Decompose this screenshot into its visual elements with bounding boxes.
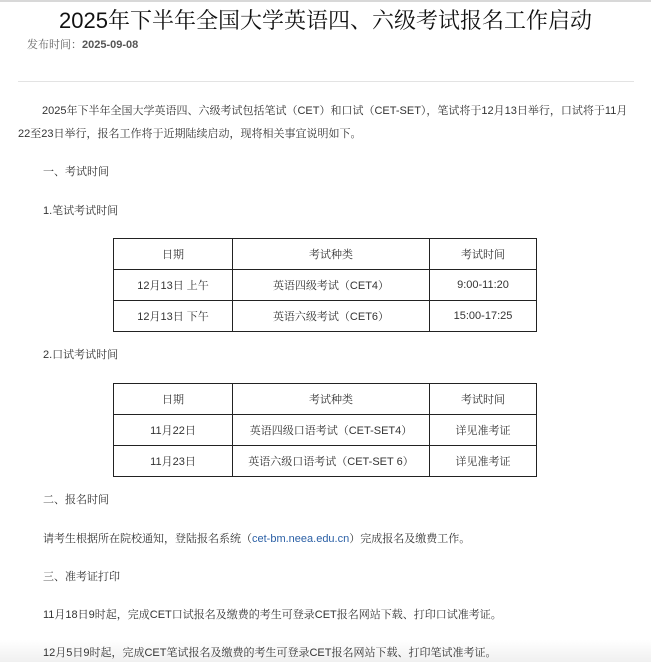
cell-exam-time: 9:00-11:20 [430, 270, 537, 301]
section-heading-exam-time: 一、考试时间 [43, 161, 109, 184]
cell-exam-type: 英语四级考试（CET4） [233, 270, 430, 301]
header-cell: 考试时间 [430, 384, 537, 415]
table-header-row: 日期 考试种类 考试时间 [114, 384, 537, 415]
top-border [0, 0, 651, 2]
section-heading-admit-card: 三、准考证打印 [43, 566, 120, 589]
header-cell: 日期 [114, 239, 233, 270]
header-cell: 考试种类 [233, 384, 430, 415]
admit-oral-paragraph: 11月18日9时起，完成CET口试报名及缴费的考生可登录CET报名网站下载、打印… [43, 604, 502, 627]
cell-exam-time: 15:00-17:25 [430, 301, 537, 332]
cell-date: 11月22日 [114, 415, 233, 446]
cell-exam-type: 英语四级口语考试（CET-SET4） [233, 415, 430, 446]
cell-date: 12月13日 上午 [114, 270, 233, 301]
registration-paragraph: 请考生根据所在院校通知，登陆报名系统（cet-bm.neea.edu.cn）完成… [43, 528, 470, 551]
article-title: 2025年下半年全国大学英语四、六级考试报名工作启动 [0, 6, 651, 36]
table-row: 11月23日 英语六级口语考试（CET-SET 6） 详见准考证 [114, 446, 537, 477]
admit-written-paragraph: 12月5日9时起，完成CET笔试报名及缴费的考生可登录CET报名网站下载、打印笔… [43, 642, 496, 662]
written-exam-heading: 1.笔试考试时间 [43, 200, 118, 223]
cell-exam-type: 英语六级考试（CET6） [233, 301, 430, 332]
written-exam-table: 日期 考试种类 考试时间 12月13日 上午 英语四级考试（CET4） 9:00… [113, 238, 537, 332]
table-row: 12月13日 下午 英语六级考试（CET6） 15:00-17:25 [114, 301, 537, 332]
publish-date: 2025-09-08 [82, 39, 138, 51]
registration-link[interactable]: cet-bm.neea.edu.cn [252, 533, 349, 545]
header-cell: 考试时间 [430, 239, 537, 270]
registration-text-post: ）完成报名及缴费工作。 [349, 533, 470, 545]
publish-info: 发布时间：2025-09-08 [27, 36, 138, 52]
table-header-row: 日期 考试种类 考试时间 [114, 239, 537, 270]
registration-text-pre: 请考生根据所在院校通知，登陆报名系统（ [43, 533, 252, 545]
oral-exam-heading: 2.口试考试时间 [43, 344, 118, 367]
intro-paragraph: 2025年下半年全国大学英语四、六级考试包括笔试（CET）和口试（CET-SET… [18, 100, 638, 146]
publish-label: 发布时间： [27, 39, 82, 51]
header-cell: 日期 [114, 384, 233, 415]
cell-date: 12月13日 下午 [114, 301, 233, 332]
section-heading-registration: 二、报名时间 [43, 489, 109, 512]
oral-exam-table: 日期 考试种类 考试时间 11月22日 英语四级口语考试（CET-SET4） 详… [113, 383, 537, 477]
table-row: 12月13日 上午 英语四级考试（CET4） 9:00-11:20 [114, 270, 537, 301]
cell-exam-time: 详见准考证 [430, 415, 537, 446]
cell-exam-type: 英语六级口语考试（CET-SET 6） [233, 446, 430, 477]
cell-date: 11月23日 [114, 446, 233, 477]
cell-exam-time: 详见准考证 [430, 446, 537, 477]
divider [18, 81, 634, 82]
table-row: 11月22日 英语四级口语考试（CET-SET4） 详见准考证 [114, 415, 537, 446]
header-cell: 考试种类 [233, 239, 430, 270]
